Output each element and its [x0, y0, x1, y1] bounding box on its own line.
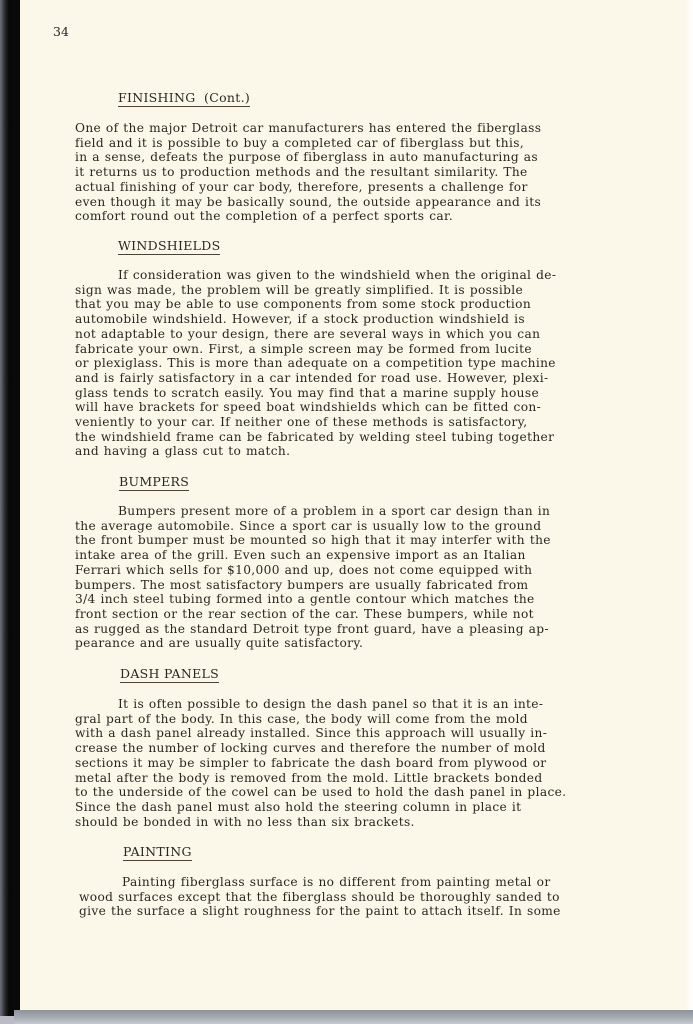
section-heading-dash-panels: DASH PANELS [120, 666, 219, 683]
text-line: glass tends to scratch easily. You may f… [75, 386, 635, 401]
section-body-finishing: One of the major Detroit car manufacture… [75, 121, 635, 224]
text-line: Painting fiberglass surface is no differ… [79, 875, 639, 890]
text-line: actual finishing of your car body, there… [75, 180, 635, 195]
text-line: fabricate your own. First, a simple scre… [75, 342, 635, 357]
section-body-bumpers: Bumpers present more of a problem in a s… [75, 504, 635, 651]
section-body-painting: Painting fiberglass surface is no differ… [79, 875, 639, 919]
text-line: comfort round out the completion of a pe… [75, 209, 635, 224]
text-line: crease the number of locking curves and … [75, 741, 635, 756]
text-line: gral part of the body. In this case, the… [75, 712, 635, 727]
page-edge [685, 0, 693, 1013]
text-line: that you may be able to use components f… [75, 297, 635, 312]
text-line: give the surface a slight roughness for … [79, 904, 639, 919]
text-line: pearance and are usually quite satisfact… [75, 636, 635, 651]
text-line: to the underside of the cowel can be use… [75, 785, 635, 800]
text-line: field and it is possible to buy a comple… [75, 136, 635, 151]
section-body-windshields: If consideration was given to the windsh… [75, 268, 635, 459]
text-line: wood surfaces except that the fiberglass… [79, 890, 639, 905]
text-line: will have brackets for speed boat windsh… [75, 400, 635, 415]
text-line: sign was made, the problem will be great… [75, 283, 635, 298]
text-line: the average automobile. Since a sport ca… [75, 519, 635, 534]
text-line: Ferrari which sells for $10,000 and up, … [75, 563, 635, 578]
page-number: 34 [53, 24, 69, 39]
text-line: front section or the rear section of the… [75, 607, 635, 622]
text-line: the front bumper must be mounted so high… [75, 533, 635, 548]
text-line: metal after the body is removed from the… [75, 771, 635, 786]
text-line: It is often possible to design the dash … [75, 697, 635, 712]
text-line: 3/4 inch steel tubing formed into a gent… [75, 592, 635, 607]
section-heading-windshields: WINDSHIELDS [118, 238, 220, 255]
text-line: not adaptable to your design, there are … [75, 327, 635, 342]
text-line: intake area of the grill. Even such an e… [75, 548, 635, 563]
page-bottom-edge [14, 1010, 693, 1024]
text-line: it returns us to production methods and … [75, 165, 635, 180]
text-line: and having a glass cut to match. [75, 444, 635, 459]
text-line: Bumpers present more of a problem in a s… [75, 504, 635, 519]
text-line: automobile windshield. However, if a sto… [75, 312, 635, 327]
section-heading-painting: PAINTING [123, 844, 192, 861]
section-heading-bumpers: BUMPERS [119, 474, 189, 491]
text-line: or plexiglass. This is more than adequat… [75, 356, 635, 371]
section-body-dash-panels: It is often possible to design the dash … [75, 697, 635, 829]
text-line: sections it may be simpler to fabricate … [75, 756, 635, 771]
text-line: the windshield frame can be fabricated b… [75, 430, 635, 445]
text-line: and is fairly satisfactory in a car inte… [75, 371, 635, 386]
text-line: veniently to your car. If neither one of… [75, 415, 635, 430]
text-line: If consideration was given to the windsh… [75, 268, 635, 283]
text-line: should be bonded in with no less than si… [75, 815, 635, 830]
section-heading-finishing: FINISHING (Cont.) [118, 90, 250, 107]
text-line: One of the major Detroit car manufacture… [75, 121, 635, 136]
text-line: in a sense, defeats the purpose of fiber… [75, 150, 635, 165]
book-binding [0, 0, 20, 1016]
text-line: as rugged as the standard Detroit type f… [75, 622, 635, 637]
text-line: bumpers. The most satisfactory bumpers a… [75, 578, 635, 593]
text-line: even though it may be basically sound, t… [75, 195, 635, 210]
text-line: Since the dash panel must also hold the … [75, 800, 635, 815]
text-line: with a dash panel already installed. Sin… [75, 726, 635, 741]
